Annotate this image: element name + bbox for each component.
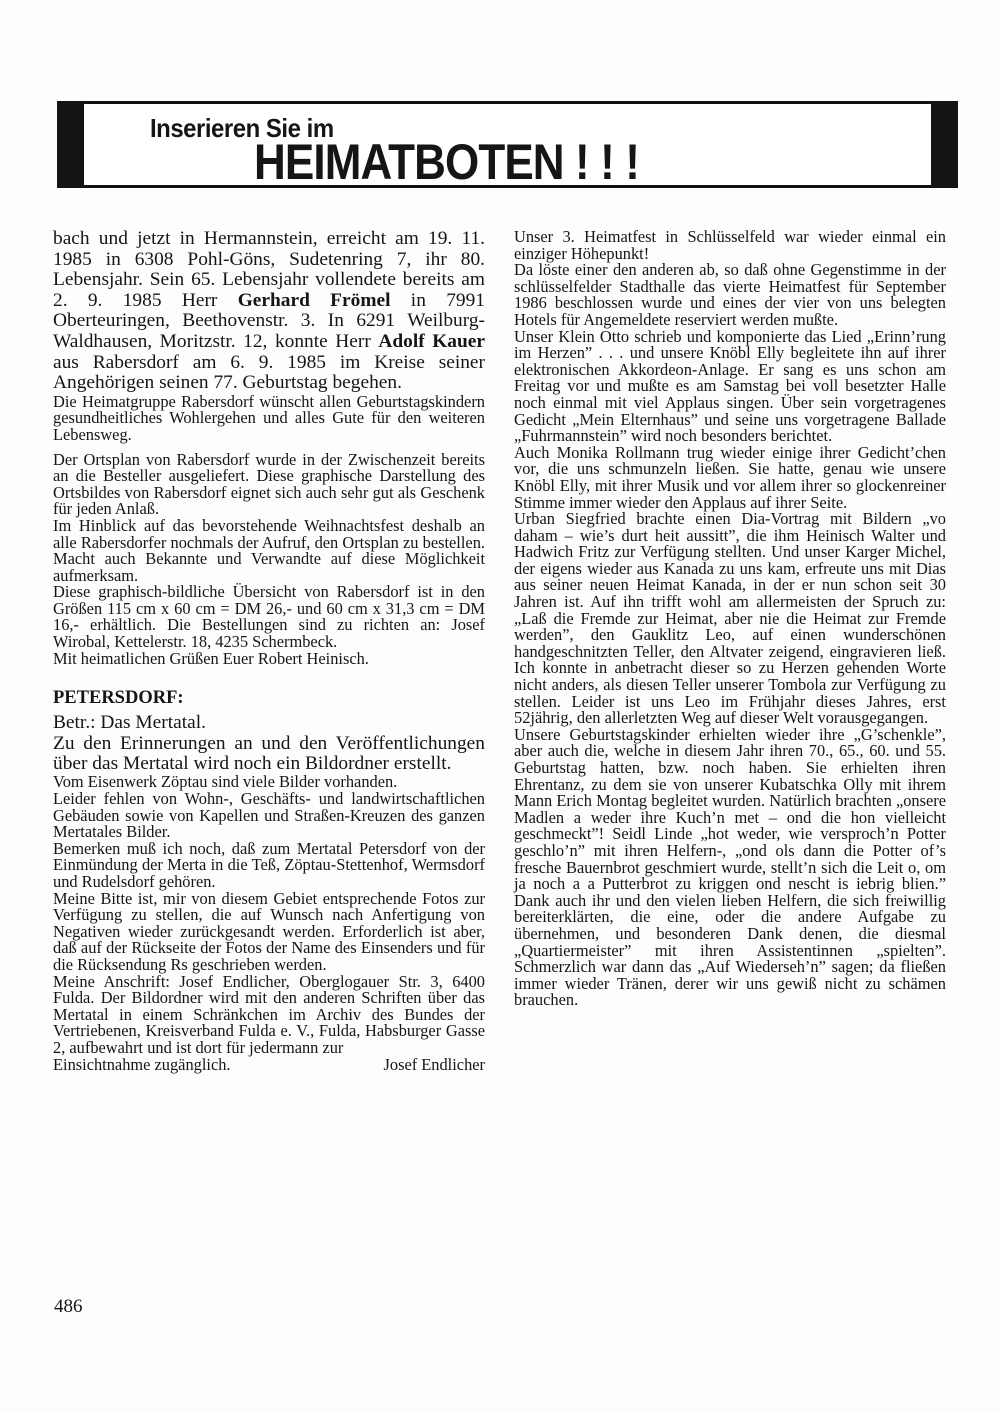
bemerken-paragraph: Bemerken muß ich noch, daß zum Mertatal … — [53, 841, 485, 891]
ortsplan-paragraph: Der Ortsplan von Rabersdorf wurde in der… — [53, 452, 485, 518]
wishes-paragraph: Die Heimatgruppe Rabersdorf wünscht alle… — [53, 394, 485, 444]
groessen-paragraph: Diese graphisch-bildliche Übersicht von … — [53, 584, 485, 650]
geloest-paragraph: Da löste einer den anderen ab, so daß oh… — [514, 262, 946, 328]
banner-left-cap — [57, 101, 84, 188]
anschrift-paragraph: Meine Anschrift: Josef Endlicher, Obergl… — [53, 974, 485, 1057]
name-gerhard-froemel: Gerhard Frömel — [238, 290, 391, 311]
text-run: aus Rabersdorf am 6. 9. 1985 im Kreise s… — [53, 352, 485, 394]
erinnerungen-paragraph: Zu den Erinnerungen an und den Veröffent… — [53, 734, 485, 775]
subject-line: Betr.: Das Mertatal. — [53, 713, 485, 733]
heimatfest-paragraph: Unser 3. Heimatfest in Schlüsselfeld war… — [514, 229, 946, 262]
section-heading-petersdorf: PETERSDORF: — [53, 687, 485, 709]
geburtstag-paragraph: Unsere Geburtstagskinder erhielten wiede… — [514, 727, 946, 1009]
monika-paragraph: Auch Monika Rollmann trug wieder einige … — [514, 445, 946, 511]
banner-right-cap — [931, 101, 958, 188]
author-signature: Josef Endlicher — [384, 1057, 486, 1074]
banner-title: HEIMATBOTEN ! ! ! — [254, 137, 639, 187]
leider-paragraph: Leider fehlen von Wohn-, Geschäfts- und … — [53, 791, 485, 841]
right-column: Unser 3. Heimatfest in Schlüsselfeld war… — [514, 229, 946, 1009]
name-adolf-kauer: Adolf Kauer — [378, 331, 485, 352]
urban-paragraph: Urban Siegfried brachte einen Dia-Vortra… — [514, 511, 946, 727]
page-number: 486 — [54, 1296, 83, 1318]
advertisement-banner: Inserieren Sie im HEIMATBOTEN ! ! ! — [57, 101, 958, 188]
birthday-intro-paragraph: bach und jetzt in Hermannstein, erreicht… — [53, 229, 485, 394]
closing-line: Einsichtnahme zugänglich.Josef Endlicher — [53, 1057, 485, 1074]
bitte-paragraph: Meine Bitte ist, mir von diesem Gebiet e… — [53, 891, 485, 974]
left-column: bach und jetzt in Hermannstein, erreicht… — [53, 229, 485, 1073]
greetings-paragraph: Mit heimatlichen Grüßen Euer Robert Hein… — [53, 651, 485, 668]
weihnacht-paragraph: Im Hinblick auf das bevorstehende Weihna… — [53, 518, 485, 584]
otto-paragraph: Unser Klein Otto schrieb und komponierte… — [514, 329, 946, 445]
newspaper-page: Inserieren Sie im HEIMATBOTEN ! ! ! bach… — [0, 0, 1000, 1413]
closing-text: Einsichtnahme zugänglich. — [53, 1057, 231, 1074]
